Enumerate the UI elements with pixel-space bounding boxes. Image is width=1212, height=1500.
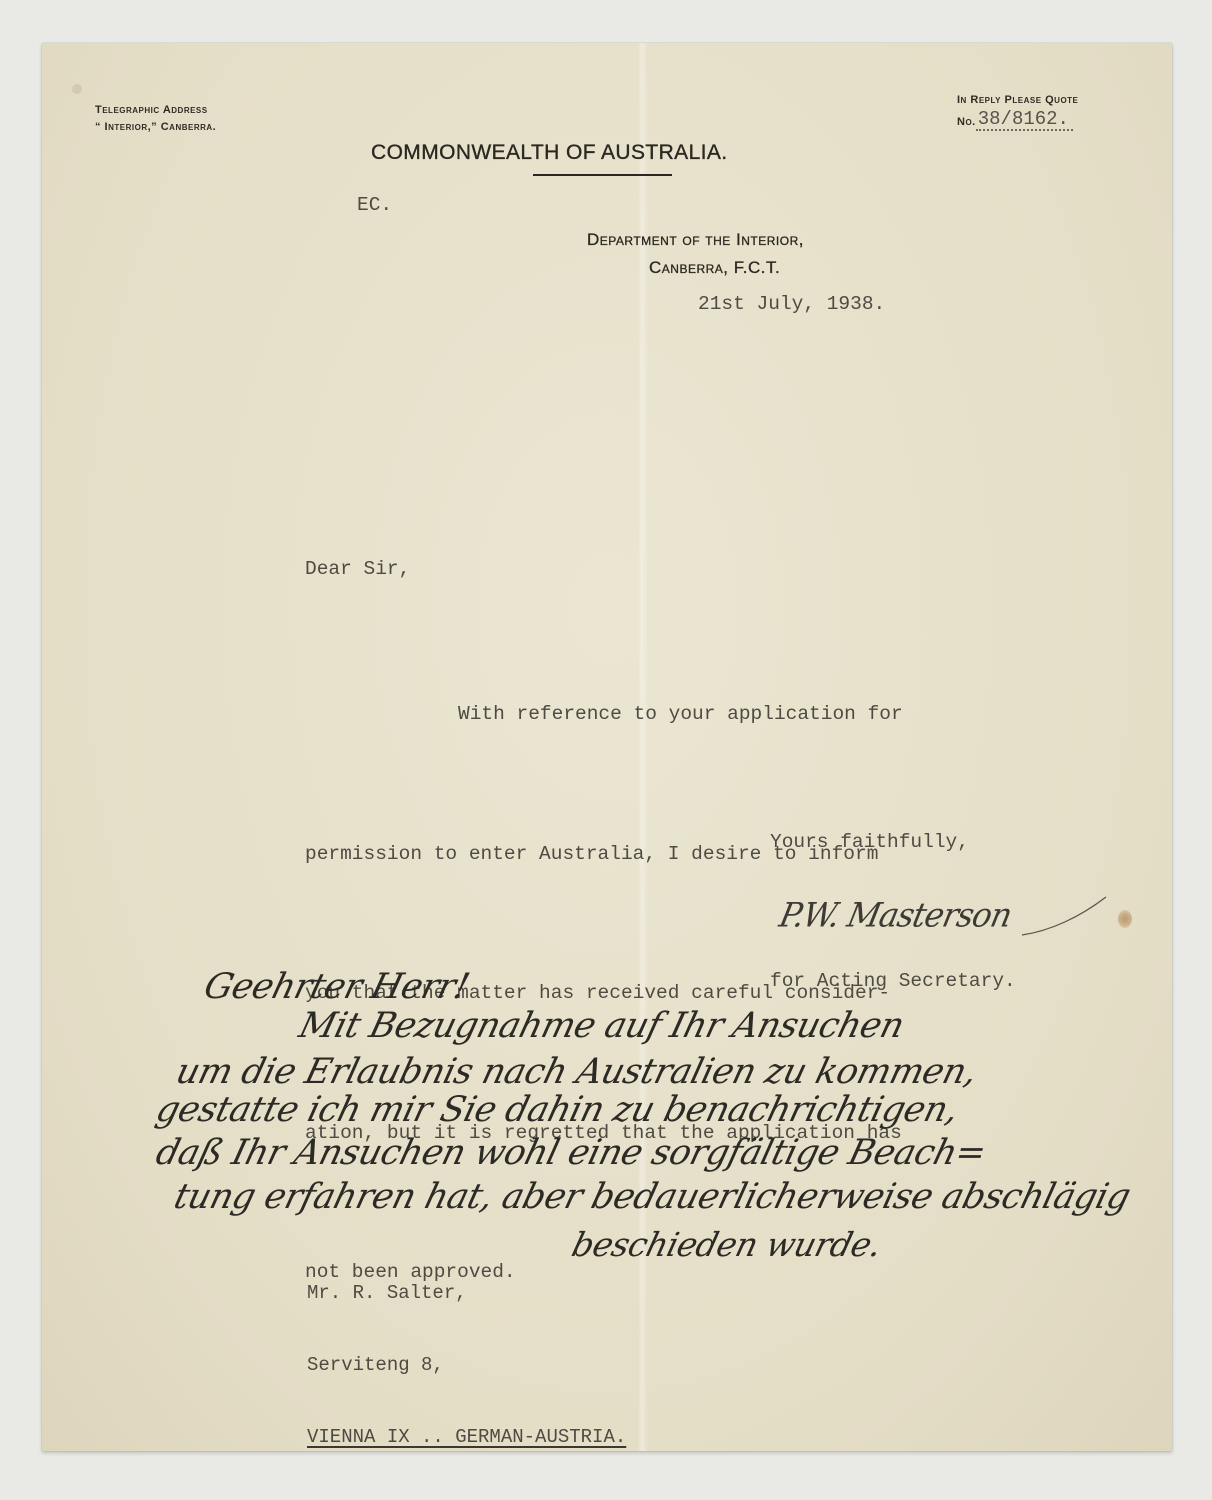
- signature: P.W. Masterson: [776, 895, 1015, 935]
- recipient-address: Mr. R. Salter, Serviteng 8, VIENNA IX ..…: [307, 1233, 626, 1473]
- paper-stain: [1118, 910, 1132, 928]
- department-location: Canberra, F.C.T.: [587, 254, 804, 282]
- recipient-city-country: VIENNA IX .. GERMAN-AUSTRIA.: [307, 1426, 626, 1448]
- department-name: Department of the Interior,: [587, 226, 804, 254]
- handwritten-line: um die Erlaubnis nach Australien zu komm…: [172, 1052, 981, 1092]
- closing: Yours faithfully,: [770, 831, 969, 853]
- reply-reference: In Reply Please Quote No. 38/8162.: [957, 91, 1078, 131]
- salutation: Dear Sir,: [305, 558, 410, 580]
- recipient-street: Serviteng 8,: [307, 1353, 626, 1377]
- handwritten-line: Mit Bezugnahme auf Ihr Ansuchen: [295, 1006, 908, 1046]
- signatory-title: for Acting Secretary.: [770, 970, 1016, 992]
- telegraphic-address-value: “ Interior,” Canberra.: [95, 119, 216, 136]
- handwritten-line: gestatte ich mir Sie dahin zu benachrich…: [152, 1090, 962, 1130]
- department-address: Department of the Interior, Canberra, F.…: [587, 226, 804, 282]
- letterhead-title: COMMONWEALTH OF AUSTRALIA.: [371, 141, 728, 165]
- title-underline: [533, 174, 672, 176]
- reference-initials: EC.: [357, 194, 392, 216]
- letter-date: 21st July, 1938.: [698, 293, 885, 315]
- recipient-name: Mr. R. Salter,: [307, 1281, 626, 1305]
- body-line: With reference to your application for: [305, 691, 903, 738]
- telegraphic-address: Telegraphic Address “ Interior,” Canberr…: [95, 102, 216, 136]
- telegraphic-address-label: Telegraphic Address: [95, 102, 216, 119]
- reply-number-value: 38/8162.: [976, 109, 1073, 131]
- paper-spot: [72, 84, 82, 94]
- handwritten-line: daß Ihr Ansuchen wohl eine sorgfältige B…: [152, 1133, 990, 1173]
- reply-number-label: No.: [957, 113, 976, 131]
- reply-label: In Reply Please Quote: [957, 91, 1078, 109]
- handwritten-line: Geehrter Herr!: [200, 967, 473, 1007]
- signature-flourish: [1020, 895, 1110, 940]
- handwritten-line: tung erfahren hat, aber bedauerlicherwei…: [170, 1177, 1134, 1217]
